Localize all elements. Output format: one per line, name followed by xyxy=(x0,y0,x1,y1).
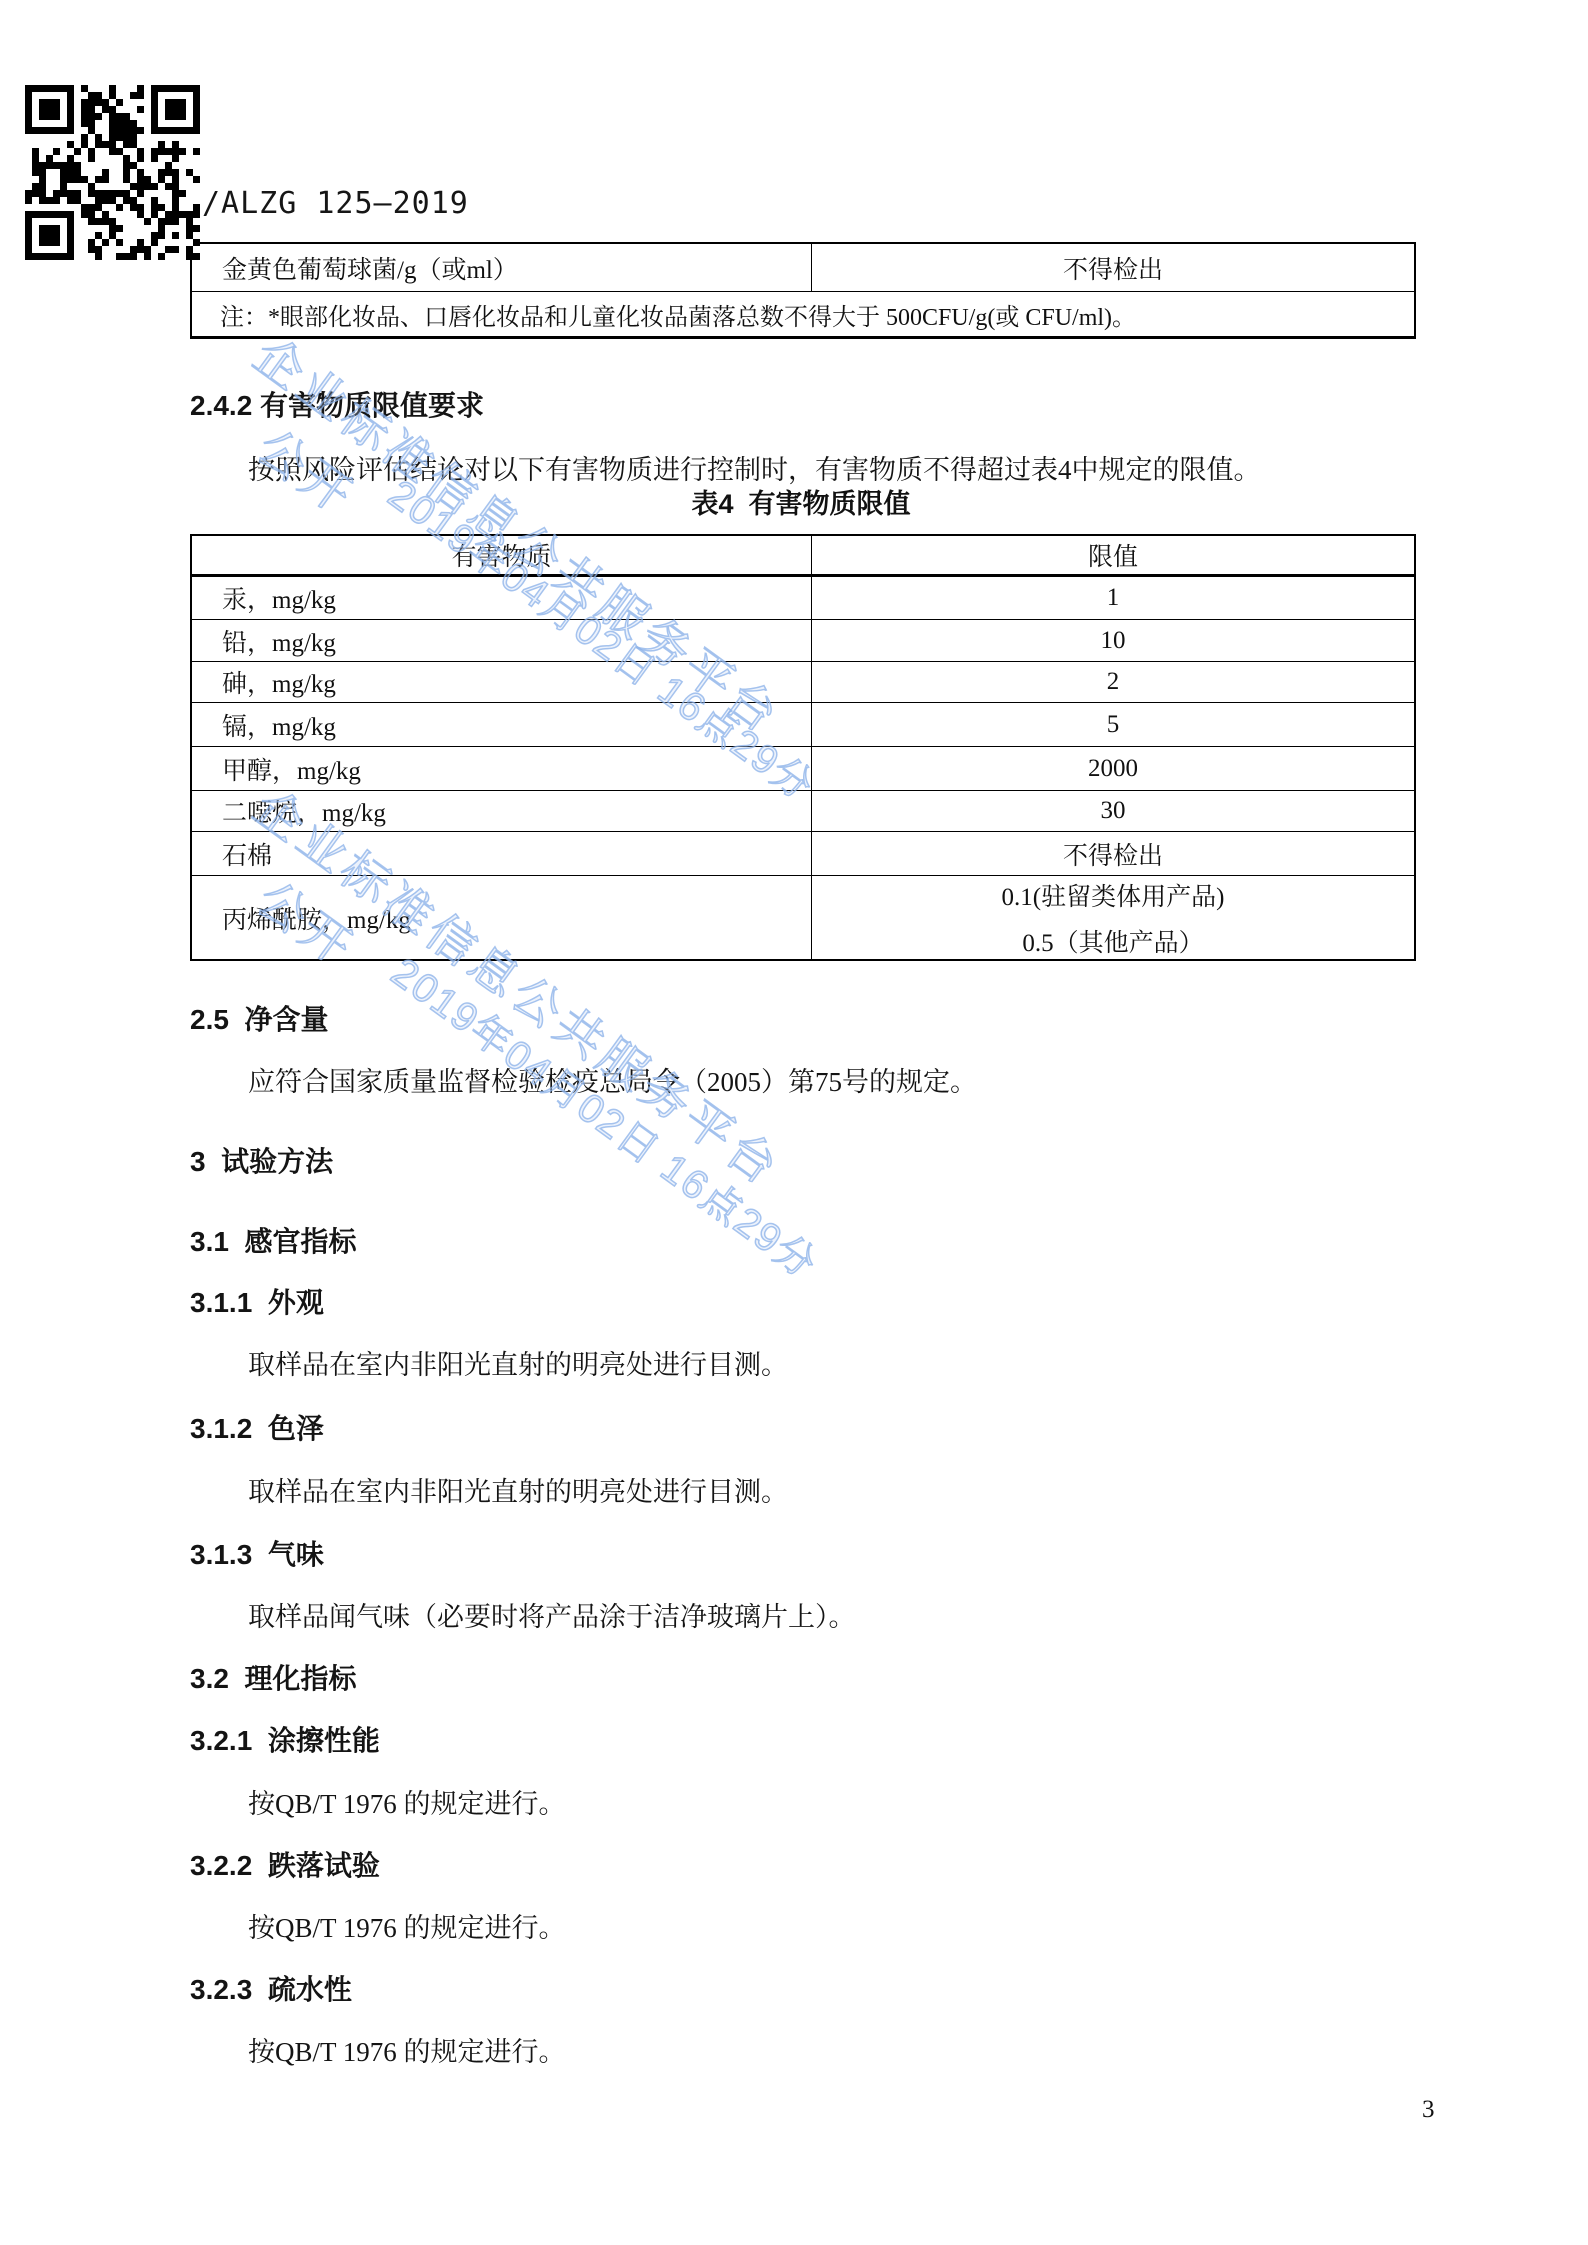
watermark-timestamp: 2019年04月02日 16点29分 xyxy=(381,942,830,1290)
table-row: 汞，mg/kg 1 xyxy=(192,577,1414,620)
table-row: 铅，mg/kg 10 xyxy=(192,620,1414,662)
col-header-substance: 有害物质 xyxy=(192,536,812,574)
limit-cell: 0.1(驻留类体用产品) 0.5（其他产品） xyxy=(812,869,1414,967)
substance-cell: 甲醇，mg/kg xyxy=(192,747,812,790)
substance-cell: 砷，mg/kg xyxy=(192,662,812,702)
table-row: 金黄色葡萄球菌/g（或ml） 不得检出 xyxy=(192,244,1414,292)
substance-cell: 汞，mg/kg xyxy=(192,577,812,619)
page-number: 3 xyxy=(1422,2096,1435,2124)
table-row: 镉，mg/kg 5 xyxy=(192,703,1414,747)
substance-cell: 铅，mg/kg xyxy=(192,620,812,661)
paragraph-3-2-2: 按QB/T 1976 的规定进行。 xyxy=(248,1906,566,1945)
limit-line-2: 0.5（其他产品） xyxy=(1022,923,1203,959)
heading-3-1-1: 3.1.1 外观 xyxy=(190,1281,324,1321)
paragraph-3-1-3: 取样品闻气味（必要时将产品涂于洁净玻璃片上）。 xyxy=(248,1595,856,1634)
paragraph-3-1-2: 取样品在室内非阳光直射的明亮处进行目测。 xyxy=(248,1470,788,1509)
limit-cell: 不得检出 xyxy=(812,836,1414,872)
qr-code xyxy=(25,85,200,260)
paragraph-3-1-1: 取样品在室内非阳光直射的明亮处进行目测。 xyxy=(248,1343,788,1382)
substance-cell: 石棉 xyxy=(192,832,812,875)
limit-line-1: 0.1(驻留类体用产品) xyxy=(1002,877,1225,913)
hazard-limit-table: 有害物质 限值 汞，mg/kg 1 铅，mg/kg 10 砷，mg/kg 2 镉… xyxy=(190,534,1416,961)
limit-cell: 2 xyxy=(812,668,1414,696)
table-row: 丙烯酰胺，mg/kg 0.1(驻留类体用产品) 0.5（其他产品） xyxy=(192,876,1414,959)
heading-3-2-1: 3.2.1 涂擦性能 xyxy=(190,1719,380,1759)
heading-3-1-3: 3.1.3 气味 xyxy=(190,1533,324,1573)
paragraph-3-2-1: 按QB/T 1976 的规定进行。 xyxy=(248,1782,566,1821)
heading-3: 3 试验方法 xyxy=(190,1140,333,1180)
table-note-row: 注：*眼部化妆品、口唇化妆品和儿童化妆品菌落总数不得大于 500CFU/g(或 … xyxy=(192,292,1414,336)
heading-2-4-2: 2.4.2 有害物质限值要求 xyxy=(190,384,484,424)
table-row: 二噁烷，mg/kg 30 xyxy=(192,791,1414,832)
substance-cell: 二噁烷，mg/kg xyxy=(192,791,812,831)
heading-2-5: 2.5 净含量 xyxy=(190,998,328,1038)
limit-cell: 2000 xyxy=(812,755,1414,783)
limit-cell: 10 xyxy=(812,627,1414,655)
document-page: /ALZG 125—2019 企业标准信息公共服务平台 公开 2019年04月0… xyxy=(0,0,1588,2245)
doc-number: /ALZG 125—2019 xyxy=(202,186,469,221)
heading-3-1: 3.1 感官指标 xyxy=(190,1220,356,1260)
table4-title: 表4 有害物质限值 xyxy=(190,482,1412,521)
limit-cell: 5 xyxy=(812,711,1414,739)
microbe-limit-cell: 不得检出 xyxy=(812,250,1414,286)
microbe-item-cell: 金黄色葡萄球菌/g（或ml） xyxy=(192,244,812,291)
table-row: 砷，mg/kg 2 xyxy=(192,662,1414,703)
col-header-limit: 限值 xyxy=(812,537,1414,573)
table-row: 甲醇，mg/kg 2000 xyxy=(192,747,1414,791)
substance-cell: 丙烯酰胺，mg/kg xyxy=(192,876,812,959)
paragraph-2-5: 应符合国家质量监督检验检疫总局令（2005）第75号的规定。 xyxy=(248,1060,977,1099)
heading-3-1-2: 3.1.2 色泽 xyxy=(190,1407,324,1447)
microbe-limit-table: 金黄色葡萄球菌/g（或ml） 不得检出 注：*眼部化妆品、口唇化妆品和儿童化妆品… xyxy=(190,242,1416,339)
heading-3-2-3: 3.2.3 疏水性 xyxy=(190,1968,352,2008)
limit-cell: 1 xyxy=(812,584,1414,612)
paragraph-3-2-3: 按QB/T 1976 的规定进行。 xyxy=(248,2030,566,2069)
heading-3-2-2: 3.2.2 跌落试验 xyxy=(190,1844,380,1884)
limit-cell: 30 xyxy=(812,797,1414,825)
table-header-row: 有害物质 限值 xyxy=(192,536,1414,577)
substance-cell: 镉，mg/kg xyxy=(192,703,812,746)
heading-3-2: 3.2 理化指标 xyxy=(190,1657,356,1697)
